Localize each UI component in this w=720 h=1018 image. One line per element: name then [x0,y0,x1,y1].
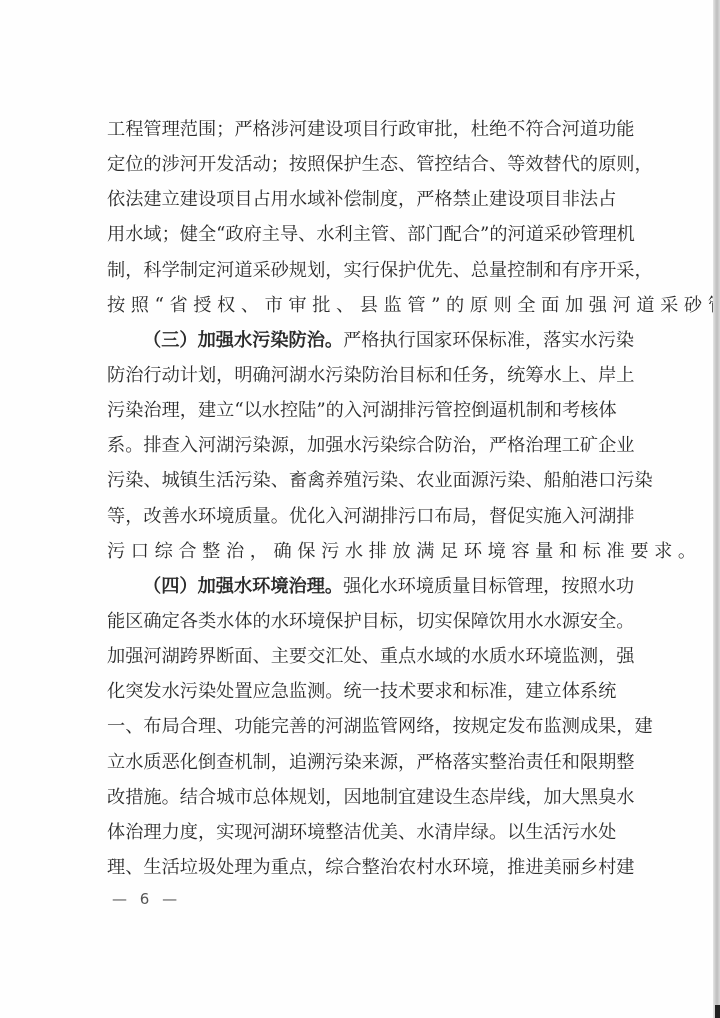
text-line: 防治行动计划，明确河湖水污染防治目标和任务，统筹水上、岸上 [107,358,607,393]
text-line: 能区确定各类水体的水环境保护目标，切实保障饮用水水源安全。 [107,604,607,639]
page-number: — 6 — [112,890,181,908]
section-first-line: （三）加强水污染防治。严格执行国家环保标准，落实水污染 [107,323,607,358]
scan-corner-shadow [715,1005,720,1018]
text-line: 等，改善水环境质量。优化入河湖排污口布局，督促实施入河湖排 [107,499,607,534]
text-line: 系。排查入河湖污染源，加强水污染综合防治，严格治理工矿企业 [107,428,607,463]
text-line: 按照“省授权、市审批、县监管”的原则全面加强河道采砂管理。 [107,288,607,323]
text-line: 制，科学制定河道采砂规划，实行保护优先、总量控制和有序开采， [107,253,607,288]
section-heading: （三）加强水污染防治。 [143,330,343,351]
text-span: 强化水环境质量目标管理，按照水功 [343,576,634,597]
text-line: 加强河湖跨界断面、主要交汇处、重点水域的水质水环境监测，强 [107,639,607,674]
paragraph-continuation: 工程管理范围；严格涉河建设项目行政审批，杜绝不符合河道功能 定位的涉河开发活动；… [107,112,607,323]
document-page: 工程管理范围；严格涉河建设项目行政审批，杜绝不符合河道功能 定位的涉河开发活动；… [0,0,713,1018]
text-line: 立水质恶化倒查机制，追溯污染来源，严格落实整治责任和限期整 [107,745,607,780]
section-water-pollution-prevention: （三）加强水污染防治。严格执行国家环保标准，落实水污染 防治行动计划，明确河湖水… [107,323,607,569]
text-line: 用水域；健全“政府主导、水利主管、部门配合”的河道采砂管理机 [107,217,607,252]
text-line: 理、生活垃圾处理为重点，综合整治农村水环境，推进美丽乡村建 [107,850,607,885]
text-line: 一、布局合理、功能完善的河湖监管网络，按规定发布监测成果，建 [107,709,607,744]
text-line: 污染、城镇生活污染、畜禽养殖污染、农业面源污染、船舶港口污染 [107,463,607,498]
text-line: 化突发水污染处置应急监测。统一技术要求和标准，建立体系统 [107,674,607,709]
body-text: 工程管理范围；严格涉河建设项目行政审批，杜绝不符合河道功能 定位的涉河开发活动；… [107,112,607,885]
text-line: 定位的涉河开发活动；按照保护生态、管控结合、等效替代的原则， [107,147,607,182]
text-line: 工程管理范围；严格涉河建设项目行政审批，杜绝不符合河道功能 [107,112,607,147]
text-line: 体治理力度，实现河湖环境整洁优美、水清岸绿。以生活污水处 [107,815,607,850]
text-line: 污染治理，建立“以水控陆”的入河湖排污管控倒逼机制和考核体 [107,393,607,428]
section-heading: （四）加强水环境治理。 [143,576,343,597]
text-line: 污口综合整治，确保污水排放满足环境容量和标准要求。 [107,534,607,569]
text-line: 改措施。结合城市总体规划，因地制宜建设生态岸线，加大黑臭水 [107,780,607,815]
section-water-environment-governance: （四）加强水环境治理。强化水环境质量目标管理，按照水功 能区确定各类水体的水环境… [107,569,607,885]
text-span: 严格执行国家环保标准，落实水污染 [343,330,634,351]
scan-page-edge [713,0,720,1018]
section-first-line: （四）加强水环境治理。强化水环境质量目标管理，按照水功 [107,569,607,604]
text-line: 依法建立建设项目占用水域补偿制度，严格禁止建设项目非法占 [107,182,607,217]
